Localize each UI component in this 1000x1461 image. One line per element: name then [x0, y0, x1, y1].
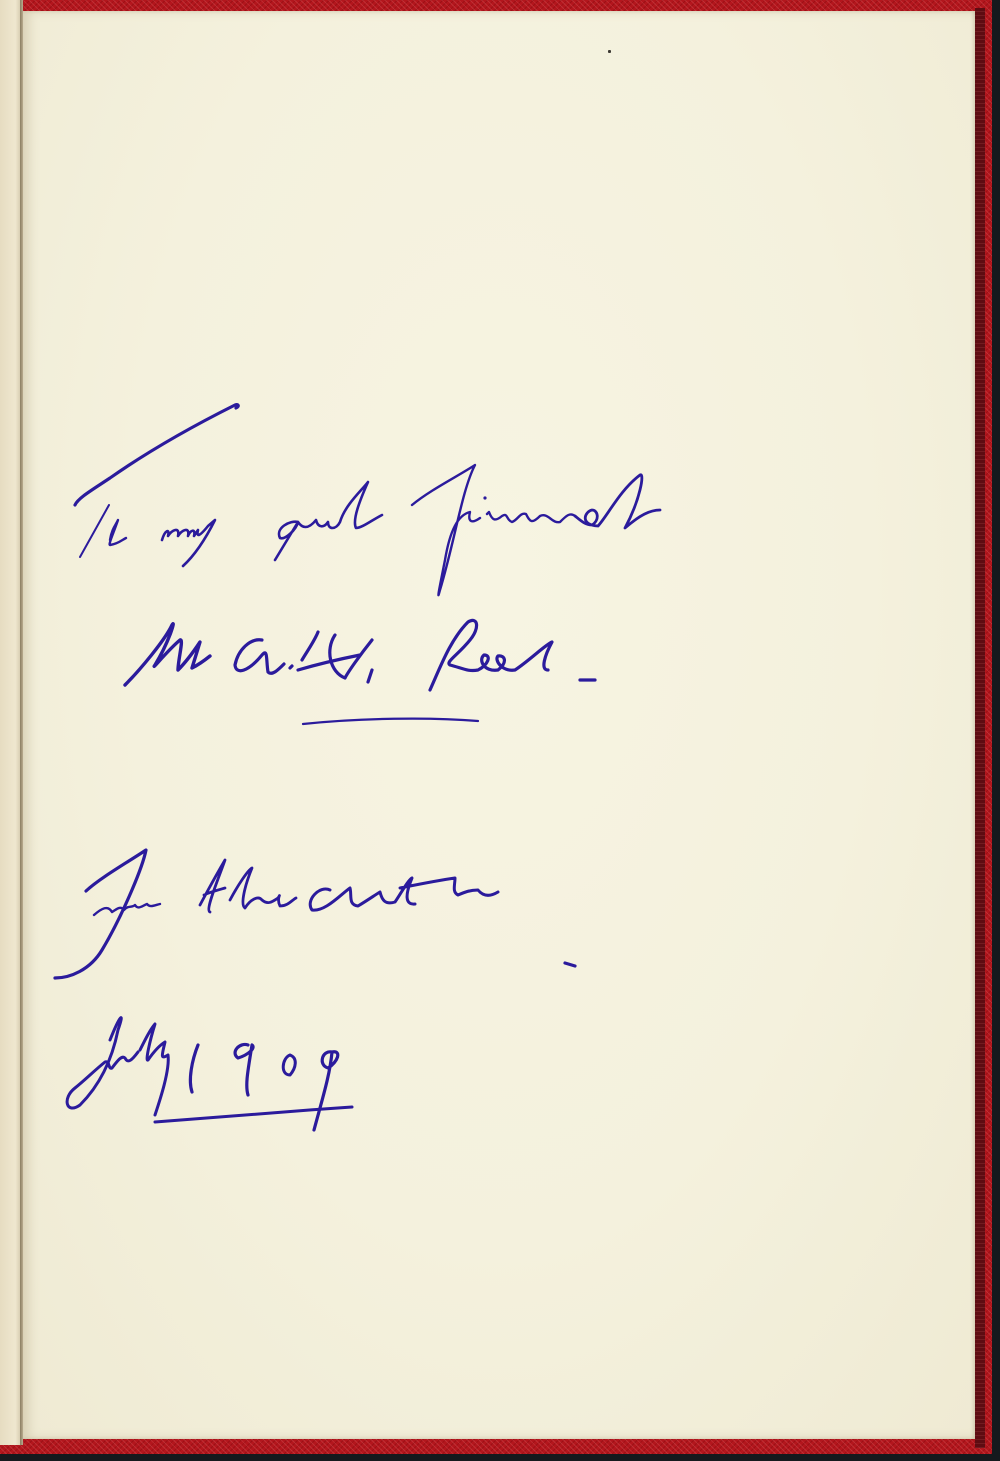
handwriting-recipient: [125, 620, 595, 690]
handwriting-dedication: [75, 405, 660, 595]
date-underline: [155, 1107, 352, 1122]
handwriting-signature: [55, 850, 575, 978]
handwritten-inscription: [0, 0, 1000, 1461]
recipient-underline: [303, 719, 478, 724]
handwriting-date: [67, 1018, 338, 1130]
book-scan: To my good friend Mr A. H. Reed. From th…: [0, 0, 1000, 1461]
